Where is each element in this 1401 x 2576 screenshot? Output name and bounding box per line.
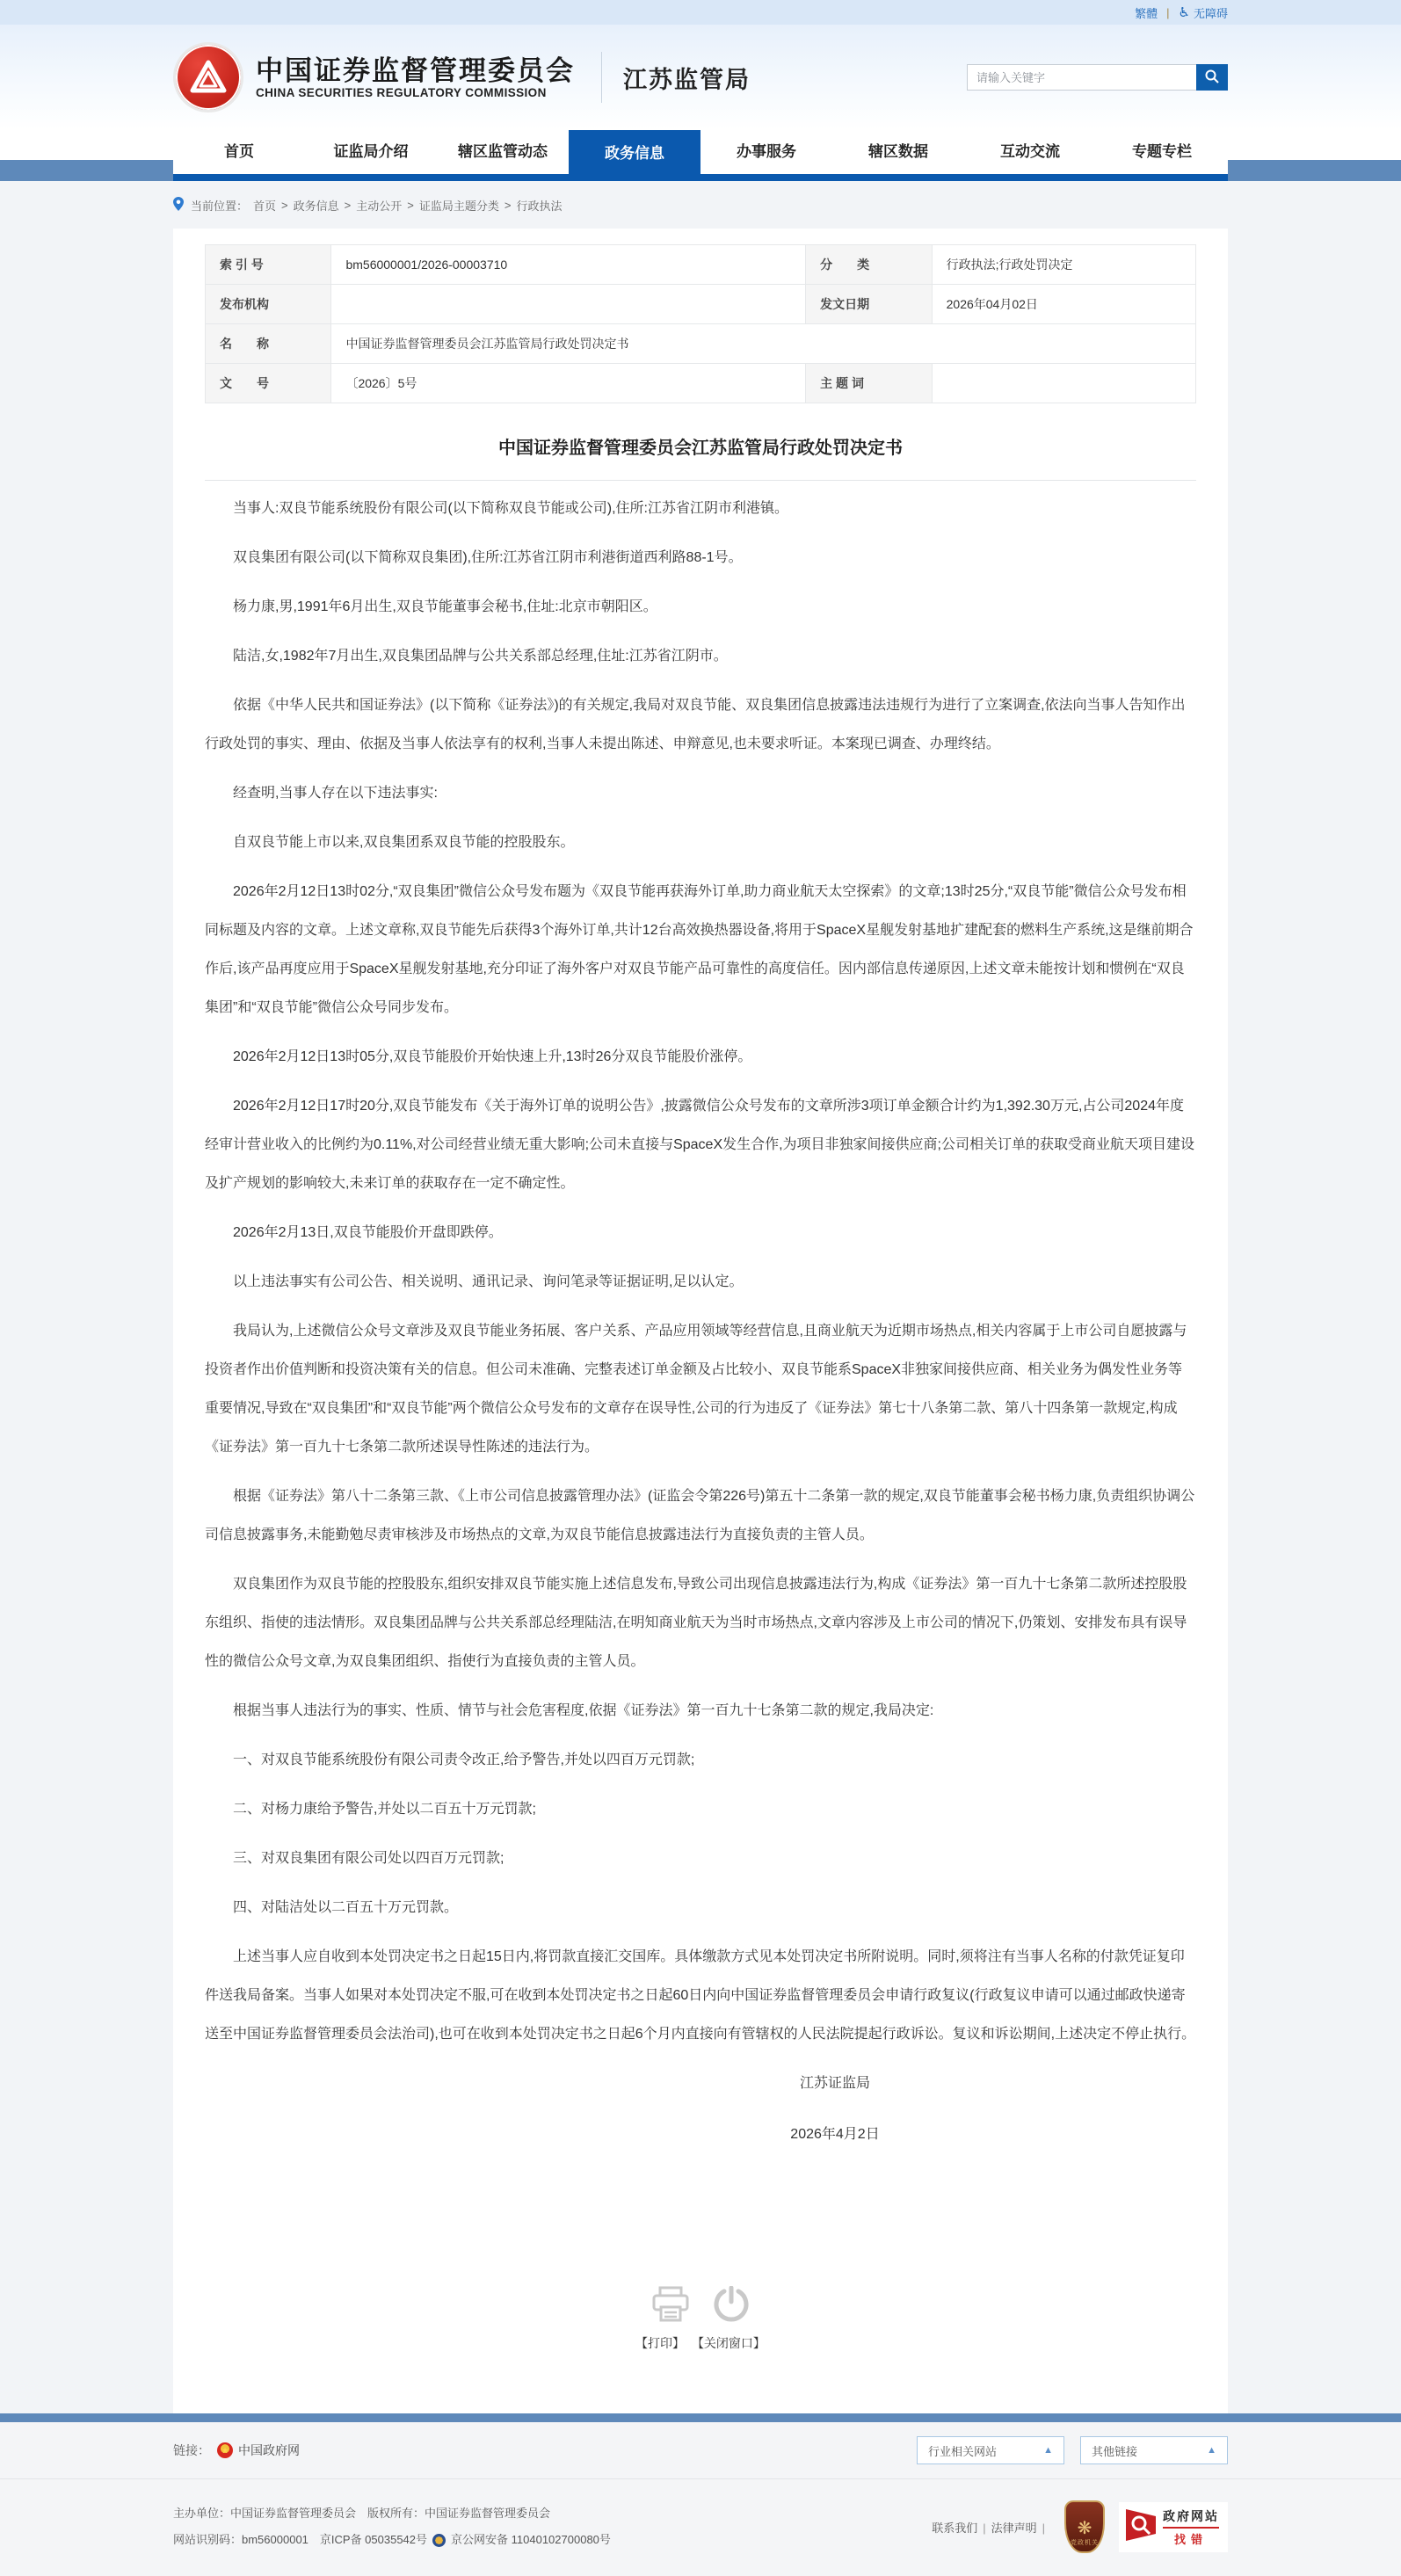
site-error-report-badge[interactable]: 政府网站 找错 xyxy=(1119,2502,1228,2552)
paragraph: 自双良节能上市以来,双良集团系双良节能的控股股东。 xyxy=(205,824,1196,862)
nav-item-services[interactable]: 办事服务 xyxy=(700,130,832,174)
footer-site-code: 网站识别码：bm56000001 京ICP备 05035542号 xyxy=(173,2527,427,2553)
signature-org: 江苏证监局 xyxy=(474,2064,1196,2103)
industry-sites-label: 行业相关网站 xyxy=(928,2442,997,2459)
search-icon xyxy=(1204,69,1220,87)
document-body: 当事人:双良节能系统股份有限公司(以下简称双良节能或公司),住所:江苏省江阴市利… xyxy=(205,490,1196,2154)
nav-item-regional-supervision[interactable]: 辖区监管动态 xyxy=(437,130,569,174)
meta-index-value: bm56000001/2026-00003710 xyxy=(331,245,806,285)
paragraph: 二、对杨力康给予警告,并处以二百五十万元罚款; xyxy=(205,1790,1196,1829)
nav-item-government-info[interactable]: 政务信息 xyxy=(569,130,700,181)
content-background: 当前位置： 首页 > 政务信息 > 主动公开 > 证监局主题分类 > 行政执法 … xyxy=(0,181,1401,2413)
paragraph: 杨力康,男,1991年6月出生,双良节能董事会秘书,住址:北京市朝阳区。 xyxy=(205,588,1196,627)
paragraph: 一、对双良节能系统股份有限公司责令改正,给予警告,并处以四百万元罚款; xyxy=(205,1741,1196,1780)
main-navigation: 首页 证监局介绍 辖区监管动态 政务信息 办事服务 辖区数据 互动交流 专题专栏 xyxy=(0,130,1401,181)
meta-date-label: 发文日期 xyxy=(806,285,932,324)
accessibility-link[interactable]: ♿ 无障碍 xyxy=(1179,4,1228,21)
breadcrumb-separator: > xyxy=(505,199,512,212)
site-footer: 链接： ★ 中国政府网 行业相关网站 ▲ 其他链接 ▲ xyxy=(0,2422,1401,2576)
footer-links-separator: | xyxy=(1042,2522,1045,2535)
party-government-badge[interactable]: ❋ 党政机关 xyxy=(1064,2500,1105,2553)
site-header: 中国证券监督管理委员会 CHINA SECURITIES REGULATORY … xyxy=(0,25,1401,130)
other-links-label: 其他链接 xyxy=(1092,2442,1137,2459)
paragraph: 2026年2月13日,双良节能股价开盘即跌停。 xyxy=(205,1214,1196,1252)
meta-category-label: 分 类 xyxy=(806,245,932,285)
csrc-logo-icon xyxy=(173,42,243,112)
paragraph: 根据《证券法》第八十二条第三款、《上市公司信息披露管理办法》(证监会令第226号… xyxy=(205,1477,1196,1555)
close-window-icon[interactable] xyxy=(713,2286,750,2327)
signature-block: 江苏证监局 2026年4月2日 xyxy=(474,2064,1196,2154)
meta-name-value: 中国证券监督管理委员会江苏监管局行政处罚决定书 xyxy=(331,324,1196,364)
meta-docno-label: 文 号 xyxy=(206,364,331,403)
paragraph: 2026年2月12日13时05分,双良节能股价开始快速上升,13时26分双良节能… xyxy=(205,1038,1196,1077)
breadcrumb-admin-enforcement[interactable]: 行政执法 xyxy=(516,197,562,214)
page: 繁體 | ♿ 无障碍 中国证券监督管理委员会 CHINA SECURITIES … xyxy=(0,0,1401,2576)
nav-item-bureau-intro[interactable]: 证监局介绍 xyxy=(305,130,437,174)
breadcrumb-government-info[interactable]: 政务信息 xyxy=(294,197,339,214)
traditional-chinese-link[interactable]: 繁體 xyxy=(1135,4,1158,21)
site-brand: 中国证券监督管理委员会 CHINA SECURITIES REGULATORY … xyxy=(173,42,751,112)
search-button[interactable] xyxy=(1196,64,1228,91)
table-row: 发布机构 发文日期 2026年04月02日 xyxy=(206,285,1196,324)
police-badge-icon xyxy=(432,2534,446,2547)
article-container: 索 引 号 bm56000001/2026-00003710 分 类 行政执法;… xyxy=(173,229,1228,2413)
other-links-select[interactable]: 其他链接 ▲ xyxy=(1080,2436,1228,2464)
breadcrumb-active-disclosure[interactable]: 主动公开 xyxy=(356,197,402,214)
gov-site-link[interactable]: ★ 中国政府网 xyxy=(217,2442,300,2459)
contact-us-link[interactable]: 联系我们 xyxy=(932,2522,977,2535)
page-actions: 【打印】 【关闭窗口】 xyxy=(205,2286,1196,2352)
meta-keywords-label: 主 题 词 xyxy=(806,364,932,403)
footer-band xyxy=(0,2413,1401,2422)
chevron-up-icon: ▲ xyxy=(1043,2445,1053,2456)
nav-item-special-topics[interactable]: 专题专栏 xyxy=(1096,130,1228,174)
meta-issuer-value xyxy=(331,285,806,324)
error-report-title: 政府网站 xyxy=(1163,2507,1219,2529)
paragraph: 双良集团作为双良节能的控股股东,组织安排双良节能实施上述信息发布,导致公司出现信… xyxy=(205,1565,1196,1681)
party-badge-label: 党政机关 xyxy=(1071,2538,1099,2547)
meta-issuer-label: 发布机构 xyxy=(206,285,331,324)
paragraph: 双良集团有限公司(以下简称双良集团),住所:江苏省江阴市利港街道西利路88-1号… xyxy=(205,539,1196,577)
breadcrumb-separator: > xyxy=(345,199,352,212)
print-button[interactable]: 【打印】 xyxy=(635,2336,685,2350)
paragraph: 上述当事人应自收到本处罚决定书之日起15日内,将罚款直接汇交国库。具体缴款方式见… xyxy=(205,1938,1196,2054)
table-row: 文 号 〔2026〕5号 主 题 词 xyxy=(206,364,1196,403)
gov-site-label: 中国政府网 xyxy=(238,2442,300,2459)
meta-category-value: 行政执法;行政处罚决定 xyxy=(932,245,1195,285)
nav-item-regional-data[interactable]: 辖区数据 xyxy=(832,130,964,174)
document-meta-table: 索 引 号 bm56000001/2026-00003710 分 类 行政执法;… xyxy=(205,244,1196,403)
footer-links-separator: | xyxy=(983,2522,985,2535)
industry-sites-select[interactable]: 行业相关网站 ▲ xyxy=(917,2436,1064,2464)
print-icon[interactable] xyxy=(651,2286,690,2327)
org-name-en: CHINA SECURITIES REGULATORY COMMISSION xyxy=(256,86,575,99)
table-row: 名 称 中国证券监督管理委员会江苏监管局行政处罚决定书 xyxy=(206,324,1196,364)
nav-item-home[interactable]: 首页 xyxy=(173,130,305,174)
topbar-separator: | xyxy=(1166,6,1169,19)
search-input[interactable] xyxy=(967,64,1196,91)
top-utility-bar: 繁體 | ♿ 无障碍 xyxy=(0,0,1401,25)
meta-keywords-value xyxy=(932,364,1195,403)
paragraph: 陆洁,女,1982年7月出生,双良集团品牌与公共关系部总经理,住址:江苏省江阴市… xyxy=(205,637,1196,676)
wheelchair-icon: ♿ xyxy=(1179,4,1190,20)
paragraph: 我局认为,上述微信公众号文章涉及双良节能业务拓展、客户关系、产品应用领域等经营信… xyxy=(205,1312,1196,1467)
paragraph: 当事人:双良节能系统股份有限公司(以下简称双良节能或公司),住所:江苏省江阴市利… xyxy=(205,490,1196,528)
accessibility-label: 无障碍 xyxy=(1194,4,1228,21)
nav-item-interaction[interactable]: 互动交流 xyxy=(964,130,1096,174)
paragraph: 以上违法事实有公司公告、相关说明、通讯记录、询问笔录等证据证明,足以认定。 xyxy=(205,1263,1196,1302)
error-report-flag-icon xyxy=(1126,2507,1156,2547)
paragraph: 2026年2月12日17时20分,双良节能发布《关于海外订单的说明公告》,披露微… xyxy=(205,1087,1196,1203)
error-report-subtitle: 找错 xyxy=(1174,2530,1208,2547)
breadcrumb-prefix: 当前位置： xyxy=(191,197,248,214)
beian-link[interactable]: 京公网安备 11040102700080号 xyxy=(451,2527,611,2553)
party-badge-emblem-icon: ❋ xyxy=(1078,2519,1092,2538)
paragraph: 三、对双良集团有限公司处以四百万元罚款; xyxy=(205,1839,1196,1878)
breadcrumb-topic-category[interactable]: 证监局主题分类 xyxy=(419,197,499,214)
meta-index-label: 索 引 号 xyxy=(206,245,331,285)
signature-date: 2026年4月2日 xyxy=(474,2115,1196,2154)
meta-date-value: 2026年04月02日 xyxy=(932,285,1195,324)
footer-sponsor-line: 主办单位：中国证券监督管理委员会 版权所有：中国证券监督管理委员会 xyxy=(173,2500,611,2527)
title-divider xyxy=(205,480,1196,481)
paragraph: 根据当事人违法行为的事实、性质、情节与社会危害程度,依据《证券法》第一百九十七条… xyxy=(205,1692,1196,1731)
national-emblem-icon: ★ xyxy=(217,2442,233,2458)
site-search xyxy=(967,64,1228,91)
paragraph: 2026年2月12日13时02分,“双良集团”微信公众号发布题为《双良节能再获海… xyxy=(205,873,1196,1027)
org-name-cn: 中国证券监督管理委员会 xyxy=(256,56,575,86)
paragraph: 四、对陆洁处以二百五十万元罚款。 xyxy=(205,1889,1196,1927)
paragraph: 经查明,当事人存在以下违法事实: xyxy=(205,774,1196,813)
breadcrumb-separator: > xyxy=(407,199,414,212)
meta-docno-value: 〔2026〕5号 xyxy=(331,364,806,403)
breadcrumb-separator: > xyxy=(281,199,288,212)
location-pin-icon xyxy=(173,197,184,214)
table-row: 索 引 号 bm56000001/2026-00003710 分 类 行政执法;… xyxy=(206,245,1196,285)
links-label: 链接： xyxy=(173,2442,210,2459)
paragraph: 依据《中华人民共和国证券法》(以下简称《证券法》)的有关规定,我局对双良节能、双… xyxy=(205,686,1196,764)
breadcrumb: 当前位置： 首页 > 政务信息 > 主动公开 > 证监局主题分类 > 行政执法 xyxy=(173,181,1228,229)
chevron-up-icon: ▲ xyxy=(1207,2445,1216,2456)
bureau-name: 江苏监管局 xyxy=(623,61,751,95)
header-divider xyxy=(601,52,602,103)
page-title: 中国证券监督管理委员会江苏监管局行政处罚决定书 xyxy=(205,433,1196,459)
nav-underline-strip xyxy=(173,174,1228,181)
legal-notice-link[interactable]: 法律声明 xyxy=(991,2522,1037,2535)
meta-name-label: 名 称 xyxy=(206,324,331,364)
org-name-block: 中国证券监督管理委员会 CHINA SECURITIES REGULATORY … xyxy=(256,56,575,99)
breadcrumb-home[interactable]: 首页 xyxy=(253,197,276,214)
close-window-button[interactable]: 【关闭窗口】 xyxy=(692,2336,766,2350)
